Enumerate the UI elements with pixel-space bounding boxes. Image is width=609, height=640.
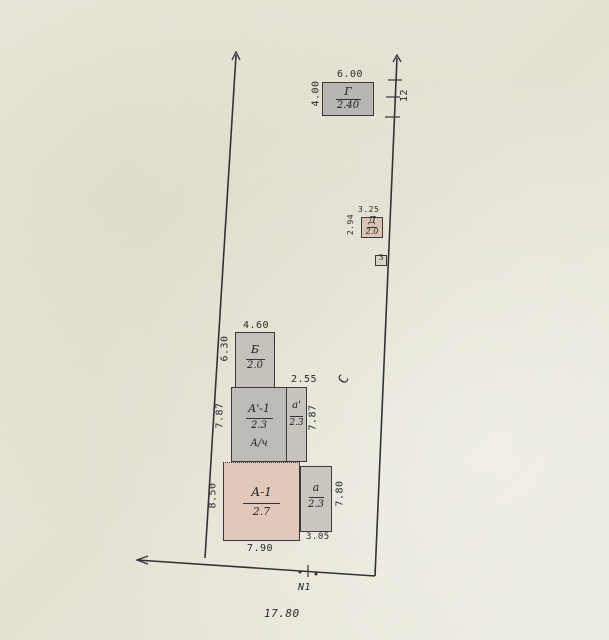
building-a-floors: 2.3 — [301, 499, 331, 510]
building-a-top-floors: 2.3 — [287, 418, 306, 428]
lot-boundary-lines — [0, 0, 609, 640]
building-a1-width: 7.90 — [247, 543, 273, 554]
lot-bottom-width: 17.80 — [264, 607, 300, 620]
building-b: Б 2.0 — [235, 332, 275, 388]
building-d-depth: 2.94 — [346, 214, 355, 235]
building-a-top-width: 2.55 — [291, 374, 317, 385]
building-g-floors: 2.40 — [323, 100, 373, 111]
building-a1-floors: 2.7 — [224, 505, 299, 518]
segment-12: 12 — [399, 89, 410, 102]
building-d: Д 2.0 — [361, 217, 383, 238]
building-a1-label: А-1 — [224, 485, 299, 499]
building-b-depth: 6.30 — [220, 335, 231, 361]
building-g-depth: 4.00 — [311, 80, 322, 106]
building-g: Г 2.40 — [322, 82, 374, 116]
building-a1-top-sub: А/ч — [232, 438, 286, 449]
building-a-label: а — [301, 481, 331, 494]
building-a1: А-1 2.7 — [223, 462, 300, 541]
building-a-top-label: а' — [287, 400, 306, 411]
building-d-width: 3.25 — [358, 205, 379, 214]
building-b-floors: 2.0 — [236, 360, 274, 371]
building-a-top: а' 2.3 — [286, 387, 307, 462]
building-a1-top-floors: 2.3 — [232, 420, 286, 431]
building-a-width: 3.05 — [306, 532, 330, 542]
building-b-width: 4.60 — [243, 320, 269, 331]
building-g-width: 6.00 — [337, 69, 363, 80]
building-a1-top: А'-1 2.3 А/ч — [231, 387, 287, 462]
building-a1-depth: 8.50 — [208, 482, 219, 508]
building-d-label: Д — [362, 216, 382, 226]
lot-marker: N1 — [298, 582, 311, 593]
building-g-label: Г — [323, 85, 373, 98]
building-a: а 2.3 — [300, 466, 332, 532]
building-d-floors: 2.0 — [362, 227, 382, 236]
building-b-label: Б — [236, 343, 274, 356]
building-a1-top-side: 7.87 — [215, 402, 226, 428]
small-structure: З — [375, 255, 387, 266]
building-a1-top-label: А'-1 — [232, 402, 286, 415]
building-a-top-side: 7.87 — [308, 404, 319, 430]
building-a-depth: 7.80 — [335, 480, 346, 506]
